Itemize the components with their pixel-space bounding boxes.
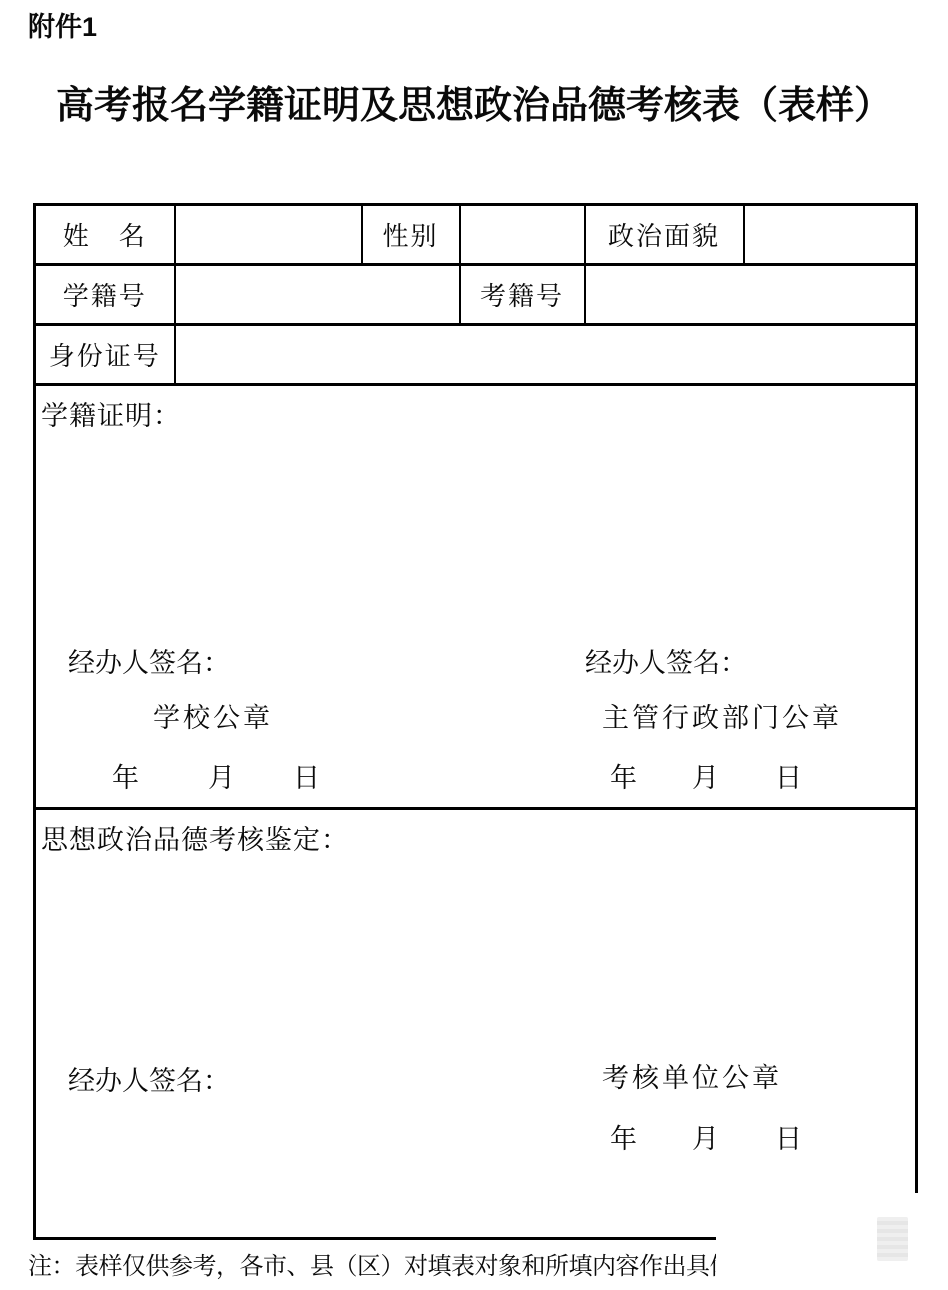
month-label: 月 xyxy=(208,756,235,795)
gender-label: 性别 xyxy=(362,205,460,265)
day-label: 日 xyxy=(775,756,802,795)
moral-assessment-heading: 思想政治品德考核鉴定： xyxy=(41,818,349,857)
department-seal-label: 主管行政部门公章 xyxy=(602,696,842,735)
document-page: 附件1 高考报名学籍证明及思想政治品德考核表（表样） 姓 名 性别 政治面貌 学… xyxy=(0,0,948,1290)
attachment-label: 附件1 xyxy=(28,5,97,44)
month-label: 月 xyxy=(692,1117,719,1156)
assessment-date-line: 年 月 日 xyxy=(610,1117,802,1156)
political-status-value-cell xyxy=(744,205,917,265)
assessment-unit-seal-label: 考核单位公章 xyxy=(602,1056,782,1095)
school-seal-label: 学校公章 xyxy=(153,696,273,735)
school-status-section: 学籍证明： 经办人签名： 经办人签名： 学校公章 主管行政部门公章 年 月 日 … xyxy=(35,385,917,809)
department-date-line: 年 月 日 xyxy=(610,756,802,795)
moral-assessment-section: 思想政治品德考核鉴定： 经办人签名： 考核单位公章 年 月 日 xyxy=(35,809,917,1239)
department-signature-label: 经办人签名： xyxy=(585,641,747,680)
moral-signature-label: 经办人签名： xyxy=(68,1059,230,1098)
exam-registration-no-label: 考籍号 xyxy=(460,265,585,325)
scan-artifact xyxy=(877,1217,908,1261)
gender-value-cell xyxy=(460,205,585,265)
name-value-cell xyxy=(175,205,362,265)
page-title: 高考报名学籍证明及思想政治品德考核表（表样） xyxy=(0,74,948,129)
year-label: 年 xyxy=(112,756,139,795)
name-label: 姓 名 xyxy=(35,205,175,265)
year-label: 年 xyxy=(610,756,637,795)
id-card-no-value-cell xyxy=(175,325,917,385)
id-card-no-label: 身份证号 xyxy=(35,325,175,385)
table-row: 学籍号 考籍号 xyxy=(35,265,917,325)
student-registration-no-label: 学籍号 xyxy=(35,265,175,325)
day-label: 日 xyxy=(293,756,320,795)
day-label: 日 xyxy=(775,1117,802,1156)
exam-registration-no-value-cell xyxy=(585,265,917,325)
school-status-heading: 学籍证明： xyxy=(41,394,181,433)
table-row: 思想政治品德考核鉴定： 经办人签名： 考核单位公章 年 月 日 xyxy=(35,809,917,1239)
student-registration-no-value-cell xyxy=(175,265,460,325)
footnote: 注：表样仅供参考，各市、县（区）对填表对象和所填内容作出具体 xyxy=(28,1246,733,1281)
school-date-line: 年 月 日 xyxy=(112,756,320,795)
page-cutoff-overlay xyxy=(716,1193,948,1290)
year-label: 年 xyxy=(610,1117,637,1156)
month-label: 月 xyxy=(692,756,719,795)
table-row: 身份证号 xyxy=(35,325,917,385)
school-signature-label: 经办人签名： xyxy=(68,641,230,680)
registration-form-table: 姓 名 性别 政治面貌 学籍号 考籍号 身份证号 学籍证明： 经办 xyxy=(33,203,918,1240)
table-row: 学籍证明： 经办人签名： 经办人签名： 学校公章 主管行政部门公章 年 月 日 … xyxy=(35,385,917,809)
political-status-label: 政治面貌 xyxy=(585,205,744,265)
table-row: 姓 名 性别 政治面貌 xyxy=(35,205,917,265)
